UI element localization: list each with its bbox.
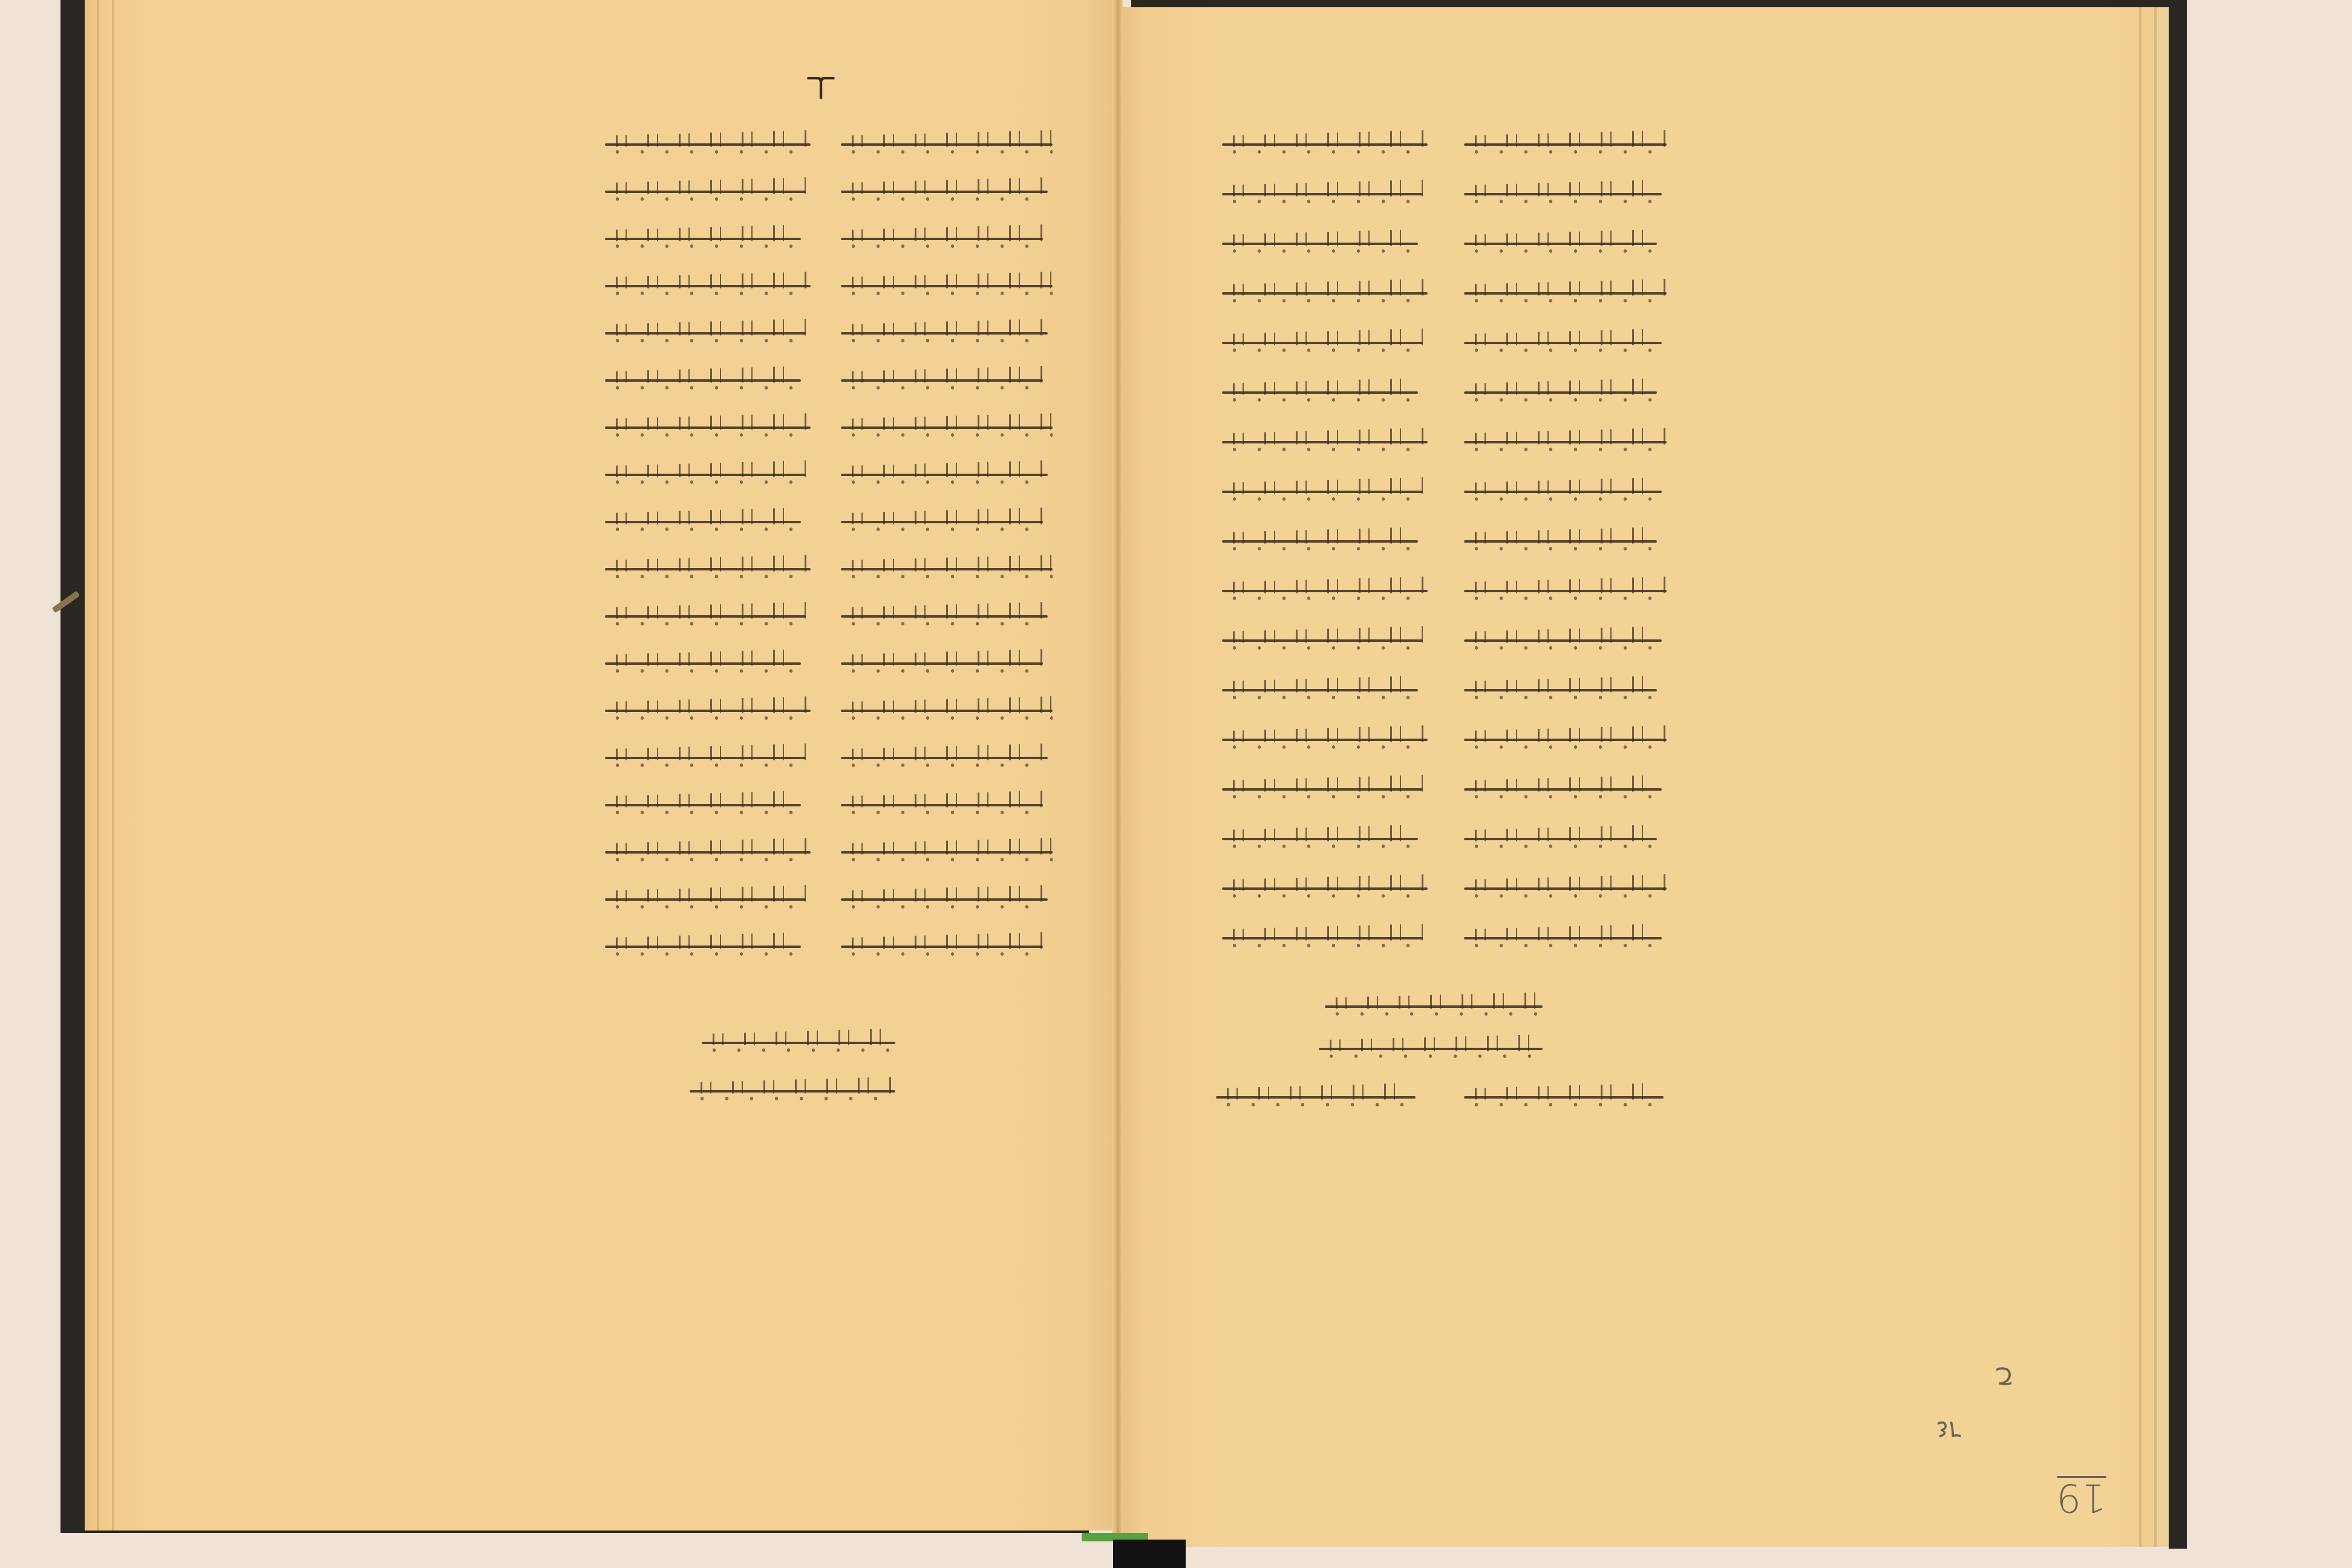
script-dots [1464,198,1662,205]
verse-line [1222,874,1428,902]
verse-line [1222,725,1428,753]
verse-line [1222,180,1423,207]
script-dots [1222,446,1428,453]
verse-line [605,319,806,347]
verse-line [841,508,1043,535]
verse-line [605,272,811,299]
verse-line [1222,428,1428,456]
verse-line [1222,527,1418,555]
script-dots [841,809,1043,816]
verse-line [841,460,1048,488]
script-dots [605,573,811,580]
verse-line [841,932,1043,960]
script-dots [1464,297,1667,304]
verse-line [1464,378,1657,406]
script-dots [1464,793,1662,800]
folio-number: 19 [2057,1476,2106,1517]
script-dots [1464,892,1667,900]
script-dots [1222,247,1418,255]
script-dots [841,714,1053,722]
right-cover-edge [2169,0,2187,1549]
verse-line [1464,775,1662,803]
script-dots [605,667,801,675]
script-dots [605,714,811,722]
script-dots [1222,843,1418,850]
verse-line [841,649,1043,677]
script-dots [1222,793,1423,800]
script-dots [605,384,801,391]
verse-line [605,791,801,818]
script-dots [605,856,811,863]
script-dots [1464,396,1657,403]
page-edge-line [112,0,114,1530]
script-dots [1222,644,1423,652]
verse-line [1222,378,1418,406]
verse-line [690,1077,895,1105]
verse-line [1464,180,1662,207]
verse-line [841,885,1048,913]
verse-line [1464,577,1667,604]
header-mark: ـلـ [808,70,834,103]
verse-line [605,932,801,960]
script-dots [841,856,1053,863]
script-dots [1464,942,1662,949]
page-edge-line [97,0,99,1530]
script-dots [1464,545,1657,552]
script-dots [841,762,1048,769]
verse-line [1319,1034,1543,1062]
script-dots [1464,247,1657,255]
verse-line [605,602,806,630]
script-dots [1464,694,1657,701]
verse-line [1464,626,1662,654]
script-dots [1464,644,1662,652]
script-dots [1464,843,1657,850]
verse-line [841,366,1043,394]
script-dots [605,526,801,533]
verse-line [841,413,1053,441]
script-dots [841,667,1043,675]
script-dots [605,762,806,769]
verse-line [1464,825,1657,852]
verse-line [1464,477,1662,505]
verse-line [1222,924,1423,952]
verse-line [1222,676,1418,704]
verse-line [841,177,1048,205]
verse-line [605,885,806,913]
verse-line [1464,676,1657,704]
verse-line [841,319,1048,347]
script-dots [605,479,806,486]
pencil-note: ح [1996,1367,2013,1398]
page-edge-line [2139,7,2141,1547]
script-dots [1464,148,1667,155]
verse-line [702,1028,895,1056]
verse-line [1325,992,1543,1020]
script-dots [1464,446,1667,453]
verse-line [605,649,801,677]
script-dots [841,431,1053,439]
verse-line [605,177,806,205]
pencil-note: ٦٤ [1936,1416,1962,1443]
script-dots [841,903,1048,910]
script-dots [1222,694,1418,701]
verse-line [1222,328,1423,356]
script-dots [1222,297,1428,304]
verse-line [1222,130,1428,158]
verse-line [841,696,1053,724]
script-dots [1222,892,1428,900]
black-support [1113,1540,1186,1568]
verse-line [841,272,1053,299]
script-dots [605,950,801,958]
script-dots [1222,942,1423,949]
script-dots [605,431,811,439]
verse-line [841,555,1053,583]
verse-line [1222,626,1423,654]
verse-line [1464,130,1667,158]
script-dots [841,620,1048,627]
script-dots [841,195,1048,203]
script-dots [841,384,1043,391]
script-dots [1464,1101,1664,1108]
verse-line [1216,1083,1416,1111]
verse-line [1464,874,1667,902]
verse-line [1464,924,1662,952]
verse-line [1464,229,1657,257]
verse-line [1464,527,1657,555]
script-dots [841,290,1053,297]
script-dots [1222,545,1418,552]
script-dots [605,620,806,627]
script-dots [605,195,806,203]
verse-line [605,696,811,724]
verse-line [605,460,806,488]
script-dots [841,479,1048,486]
verse-line [605,508,801,535]
script-dots [1319,1053,1543,1060]
verse-line [841,602,1048,630]
verse-line [1222,577,1428,604]
script-dots [1216,1101,1416,1108]
verse-line [605,743,806,771]
verse-line [841,130,1053,158]
script-dots [605,290,811,297]
left-cover-edge [60,0,85,1530]
script-dots [1464,743,1667,751]
verse-line [605,130,811,158]
script-dots [1222,198,1423,205]
verse-line [1464,725,1667,753]
verse-line [1222,775,1423,803]
verse-line [605,838,811,866]
script-dots [690,1095,895,1102]
verse-line [1464,1083,1664,1111]
script-dots [1325,1010,1543,1018]
verse-line [1222,229,1418,257]
verse-line [605,224,801,252]
script-dots [1222,743,1428,751]
script-dots [605,337,806,344]
script-dots [605,243,801,250]
verse-line [605,555,811,583]
script-dots [841,573,1053,580]
verse-line [1464,328,1662,356]
script-dots [841,148,1053,155]
verse-line [1222,477,1423,505]
verse-line [605,413,811,441]
script-dots [605,148,811,155]
book-gutter [1112,0,1123,1537]
script-dots [841,243,1043,250]
script-dots [605,809,801,816]
verse-line [605,366,801,394]
verse-line [1222,825,1418,852]
script-dots [1222,396,1418,403]
verse-line [841,838,1053,866]
verse-line [841,224,1043,252]
page-edge-line [2154,7,2157,1547]
script-dots [1222,495,1423,503]
script-dots [1222,347,1423,354]
script-dots [1222,148,1428,155]
verse-line [1464,428,1667,456]
script-dots [1222,595,1428,602]
script-dots [1464,347,1662,354]
script-dots [841,950,1043,958]
verse-line [841,743,1048,771]
script-dots [1464,595,1667,602]
script-dots [605,903,806,910]
script-dots [841,526,1043,533]
verse-line [841,791,1043,818]
script-dots [841,337,1048,344]
verse-line [1222,279,1428,307]
script-dots [702,1047,895,1054]
script-dots [1464,495,1662,503]
verse-line [1464,279,1667,307]
